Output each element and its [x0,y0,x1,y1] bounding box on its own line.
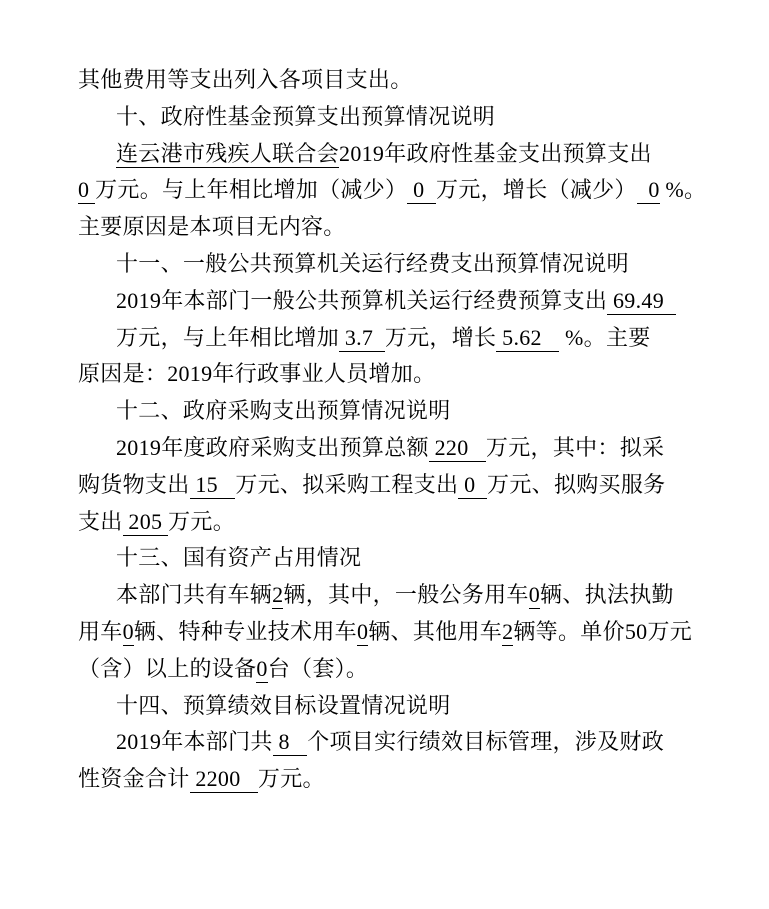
text-run: 性资金合计 [78,766,190,791]
underlined-value: 0 [458,472,487,499]
underlined-value: 0 [256,656,267,683]
text-run: 十一、一般公共预算机关运行经费支出预算情况说明 [116,251,629,276]
text-run: 辆、特种专业技术用车 [134,619,357,644]
underlined-value: 8 [273,729,308,756]
text-line: 购货物支出 15 万元、拟采购工程支出 0 万元、拟购买服务 [78,467,703,504]
text-run: 本部门共有车辆 [116,582,272,607]
text-run: %。主要 [559,325,650,350]
underlined-value: 5.62 [496,325,559,352]
underlined-value: 2 [502,619,513,646]
text-line: 性资金合计 2200 万元。 [78,761,703,798]
text-run: 辆、其他用车 [368,619,502,644]
underlined-value: 3.7 [339,325,385,352]
text-run: 万元。 [258,766,325,791]
text-run: 万元，增长 [385,325,497,350]
underlined-value: 220 [429,435,486,462]
text-line: 本部门共有车辆2辆，其中，一般公务用车0辆、执法执勤 [78,577,703,614]
underlined-value: 0 [357,619,368,646]
underlined-value: 0 [637,177,660,204]
underlined-value: 连云港市残疾人联合会 [116,141,339,168]
text-run: 其他费用等支出列入各项目支出。 [78,67,413,92]
text-line: 2019年本部门共 8 个项目实行绩效目标管理，涉及财政 [78,724,703,761]
underlined-value: 2 [272,582,283,609]
text-run: 2019年政府性基金支出预算支出 [339,141,652,166]
underlined-value: 0 [78,177,95,204]
text-line: 原因是：2019年行政事业人员增加。 [78,356,703,393]
text-run: 十三、国有资产占用情况 [116,545,361,570]
underlined-value: 15 [190,472,236,499]
underlined-value: 2200 [190,766,258,793]
text-run: 支出 [78,509,123,534]
text-line: （含）以上的设备0台（套）。 [78,651,703,688]
document-page: 其他费用等支出列入各项目支出。十、政府性基金预算支出预算情况说明连云港市残疾人联… [0,0,769,909]
text-line: 其他费用等支出列入各项目支出。 [78,62,703,99]
text-line: 2019年本部门一般公共预算机关运行经费预算支出 69.49 [78,283,703,320]
text-run: 万元，增长（减少） [436,177,637,202]
text-line: 2019年度政府采购支出预算总额 220 万元，其中：拟采 [78,430,703,467]
text-run: 十四、预算绩效目标设置情况说明 [116,693,451,718]
text-run: 主要原因是本项目无内容。 [78,214,346,239]
text-line: 用车0辆、特种专业技术用车0辆、其他用车2辆等。单价50万元 [78,614,703,651]
text-run: 十、政府性基金预算支出预算情况说明 [116,104,495,129]
text-run: 十二、政府采购支出预算情况说明 [116,398,451,423]
text-line: 万元，与上年相比增加 3.7 万元，增长 5.62 %。主要 [78,320,703,357]
document-body: 其他费用等支出列入各项目支出。十、政府性基金预算支出预算情况说明连云港市残疾人联… [78,62,703,798]
section-heading: 十四、预算绩效目标设置情况说明 [78,688,703,725]
text-run: 万元、拟购买服务 [487,472,665,497]
underlined-value: 0 [407,177,436,204]
text-run: 万元、拟采购工程支出 [235,472,458,497]
text-run: 2019年本部门共 [116,729,273,754]
text-run: %。 [660,177,707,202]
underlined-value: 69.49 [607,288,675,315]
text-run: 2019年度政府采购支出预算总额 [116,435,429,460]
text-run: 原因是：2019年行政事业人员增加。 [78,361,435,386]
text-run: 辆等。单价50万元 [513,619,692,644]
section-heading: 十二、政府采购支出预算情况说明 [78,393,703,430]
text-run: 用车 [78,619,123,644]
section-heading: 十三、国有资产占用情况 [78,540,703,577]
text-run: 辆、执法执勤 [540,582,674,607]
text-line: 支出 205 万元。 [78,504,703,541]
section-heading: 十一、一般公共预算机关运行经费支出预算情况说明 [78,246,703,283]
text-run: 台（套）。 [268,656,369,681]
text-line: 0 万元。与上年相比增加（减少） 0 万元，增长（减少） 0 %。 [78,172,703,209]
underlined-value: 205 [123,509,169,536]
text-run: 个项目实行绩效目标管理，涉及财政 [307,729,664,754]
text-line: 主要原因是本项目无内容。 [78,209,703,246]
text-run: 购货物支出 [78,472,190,497]
text-run: 辆，其中，一般公务用车 [283,582,528,607]
section-heading: 十、政府性基金预算支出预算情况说明 [78,99,703,136]
text-run: 万元。 [168,509,235,534]
text-run: 万元。与上年相比增加（减少） [95,177,407,202]
text-run: 2019年本部门一般公共预算机关运行经费预算支出 [116,288,607,313]
text-run: 万元，与上年相比增加 [116,325,339,350]
text-run: 万元，其中：拟采 [486,435,664,460]
underlined-value: 0 [123,619,134,646]
text-line: 连云港市残疾人联合会2019年政府性基金支出预算支出 [78,136,703,173]
text-run: （含）以上的设备 [78,656,256,681]
underlined-value: 0 [529,582,540,609]
